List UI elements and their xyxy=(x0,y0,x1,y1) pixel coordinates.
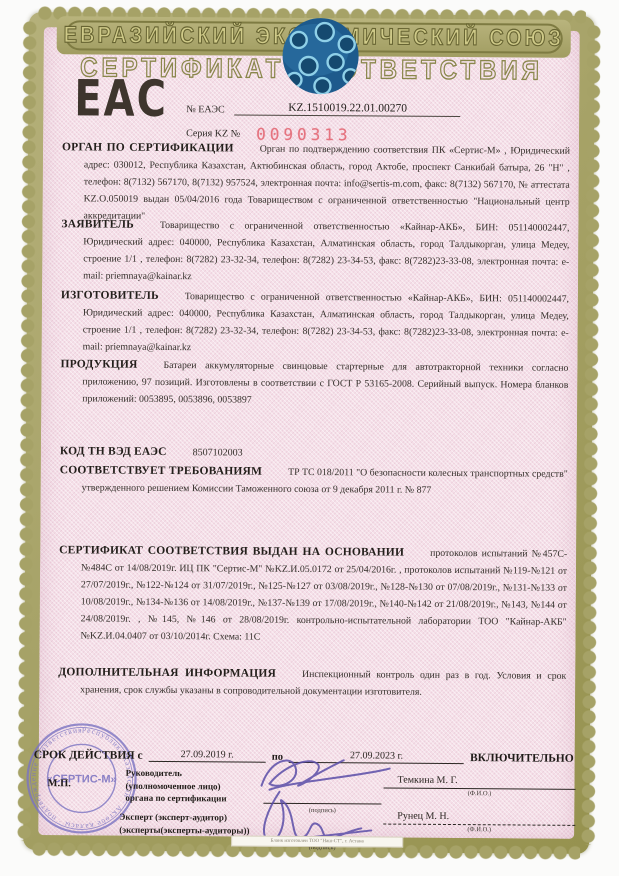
blank-maker-note: Бланк изготовлен ТОО "Наш-СТ", г. Астана xyxy=(231,835,403,847)
section-label: СООТВЕТСТВУЕТ ТРЕБОВАНИЯМ xyxy=(60,464,262,477)
expert-name: Рунец М. Н. xyxy=(397,811,575,823)
certificate-number: KZ.1510019.22.01.00270 xyxy=(235,101,461,117)
stamp-place-label: М.П. xyxy=(48,778,71,789)
section-text: Товарищество с ограниченной ответственно… xyxy=(83,220,569,282)
number-label: № ЕАЭС xyxy=(186,104,224,115)
certificate-number-row: № ЕАЭС KZ.1510019.22.01.00270 xyxy=(186,101,460,117)
section-label: ЗАЯВИТЕЛЬ xyxy=(61,218,134,231)
section-tnved-code: КОД ТН ВЭД ЕАЭС8507102003 xyxy=(60,443,568,464)
validity-inclusive: ВКЛЮЧИТЕЛЬНО xyxy=(470,752,574,765)
eaeu-emblem-icon xyxy=(280,14,361,99)
eac-mark: ЕАС xyxy=(74,70,168,128)
section-manufacturer: ИЗГОТОВИТЕЛЬТоварищество с ограниченной … xyxy=(61,287,569,359)
section-label: СЕРТИФИКАТ СООТВЕТСТВИЯ ВЫДАН НА ОСНОВАН… xyxy=(59,544,404,558)
section-text: Орган по подтверждению соответствия ПК «… xyxy=(83,144,570,222)
section-additional-info: ДОПОЛНИТЕЛЬНАЯ ИНФОРМАЦИЯИнспекционный к… xyxy=(58,664,566,702)
section-label: ПРОДУКЦИЯ xyxy=(60,358,137,371)
scallop-edge-left xyxy=(17,21,37,841)
section-text: Батареи аккумуляторные свинцовые стартер… xyxy=(82,360,568,406)
tnved-value: 8507102003 xyxy=(193,447,243,458)
section-label: ИЗГОТОВИТЕЛЬ xyxy=(61,289,159,302)
section-applicant: ЗАЯВИТЕЛЬТоварищество с ограниченной отв… xyxy=(61,216,569,288)
head-name: Темкина М. Г. xyxy=(398,775,576,787)
section-certification-body: ОРГАН ПО СЕРТИФИКАЦИИОрган по подтвержде… xyxy=(61,139,570,228)
certificate-document: Республика Казахстан · Ақтөбе қаласы · п… xyxy=(23,12,595,854)
validity-label: СРОК ДЕЙСТВИЯ с xyxy=(34,749,143,762)
series-label: Серия KZ № xyxy=(186,128,240,139)
section-label: КОД ТН ВЭД ЕАЭС xyxy=(60,445,167,458)
section-label: ДОПОЛНИТЕЛЬНАЯ ИНФОРМАЦИЯ xyxy=(58,666,276,680)
section-issue-basis: СЕРТИФИКАТ СООТВЕТСТВИЯ ВЫДАН НА ОСНОВАН… xyxy=(59,542,568,648)
section-label: ОРГАН ПО СЕРТИФИКАЦИИ xyxy=(62,141,234,154)
section-product: ПРОДУКЦИЯБатареи аккумуляторные свинцовы… xyxy=(60,356,568,411)
section-requirements: СООТВЕТСТВУЕТ ТРЕБОВАНИЯМТР ТС 018/2011 … xyxy=(60,462,568,500)
section-text: протоколов испытаний №457С-№484С от 14/0… xyxy=(81,548,568,643)
scallop-edge-right xyxy=(581,25,601,845)
